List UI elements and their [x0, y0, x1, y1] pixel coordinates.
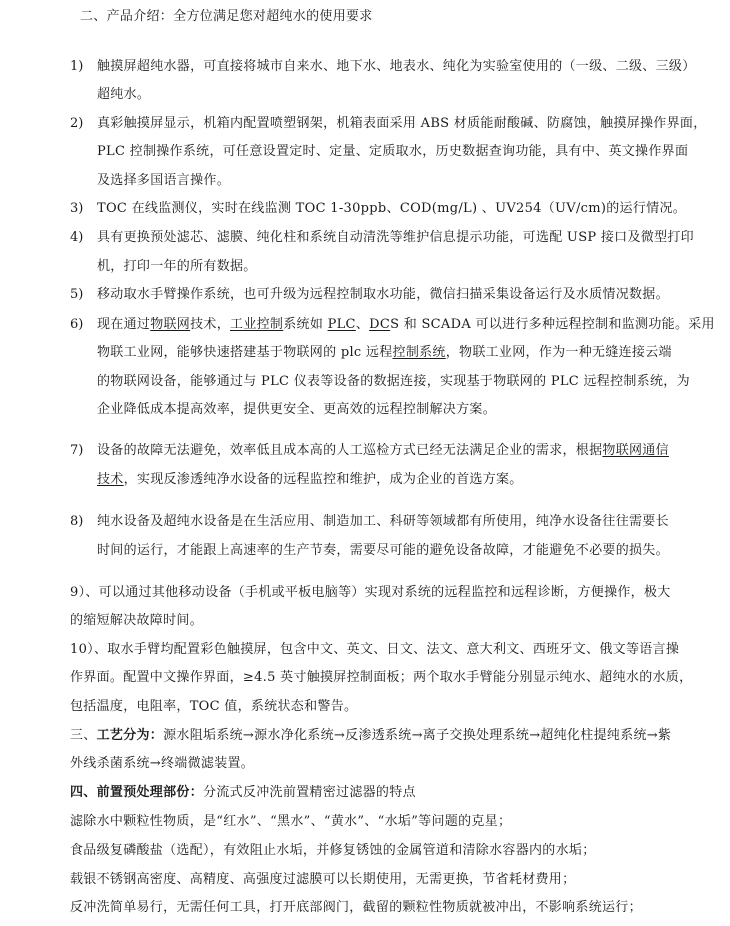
item2-line3: 及选择多国语言操作。 — [97, 173, 230, 189]
section3-prefix: 三、 — [70, 728, 97, 743]
link-iot[interactable]: 物联网 — [150, 317, 190, 332]
item8-line1: 纯水设备及超纯水设备是在生活应用、制造加工、科研等领域都有所使用，纯净水设备往往… — [97, 514, 669, 530]
item4-line1: 具有更换预处滤芯、滤膜、纯化柱和系统自动清洗等维护信息提示功能，可选配 USP … — [97, 230, 694, 246]
text: ，实现反渗透纯净水设备的远程监控和维护，成为企业的首选方案。 — [124, 472, 523, 487]
section2-title: 二、产品介绍：全方位满足您对超纯水的使用要求 — [80, 9, 373, 25]
item6-line4: 企业降低成本提高效率，提供更安全、更高效的远程控制解决方案。 — [97, 402, 496, 418]
item1-line2: 超纯水。 — [97, 87, 150, 103]
link-technology[interactable]: 技术 — [97, 472, 124, 487]
item6-line2: 物联工业网，能够快速搭建基于物联网的 plc 远程控制系统，物联工业网，作为一种… — [97, 345, 672, 361]
text: S 和 SCADA 可以进行多种远程控制和监测功能。采用 — [390, 317, 715, 332]
item2-line2: PLC 控制操作系统，可任意设置定时、定量、定质取水，历史数据查询功能，具有中、… — [97, 144, 688, 160]
item5-line1: 移动取水手臂操作系统，也可升级为远程控制取水功能，微信扫描采集设备运行及水质情况… — [97, 287, 669, 303]
item4-line2: 机，打印一年的所有数据。 — [97, 259, 257, 275]
section4-heading: 四、前置预处理部份： — [70, 785, 203, 800]
link-control-system[interactable]: 控制系统 — [393, 345, 446, 360]
item-number: 1) — [70, 59, 83, 75]
feature-bullet: 反冲洗简单易行，无需任何工具，打开底部阀门，截留的颗粒性物质就被冲出，不影响系统… — [70, 900, 642, 916]
text: 现在通过 — [97, 317, 150, 332]
text: ，物联工业网，作为一种无缝连接云端 — [446, 345, 672, 360]
item2-line1: 真彩触摸屏显示，机箱内配置喷塑钢架，机箱表面采用 ABS 材质能耐酸碱、防腐蚀，… — [97, 116, 707, 132]
item6-line1: 现在通过物联网技术，工业控制系统如 PLC、DCS 和 SCADA 可以进行多种… — [97, 317, 715, 333]
text: 、 — [356, 317, 369, 332]
item9-line2: 的缩短解决故障时间。 — [70, 613, 203, 629]
item7-line2: 技术，实现反渗透纯净水设备的远程监控和维护，成为企业的首选方案。 — [97, 472, 523, 488]
item-number: 5) — [70, 287, 83, 303]
text: 技术， — [190, 317, 230, 332]
item6-line3: 的物联网设备，能够通过与 PLC 仪表等设备的数据连接，实现基于物联网的 PLC… — [97, 374, 690, 390]
item-number: 4) — [70, 230, 83, 246]
text: 物联工业网，能够快速搭建基于物联网的 plc 远程 — [97, 345, 393, 360]
section3-line2: 外线杀菌系统→终端微滤装置。 — [70, 756, 254, 772]
text: 设备的故障无法避免，效率低且成本高的人工巡检方式已经无法满足企业的需求，根据 — [97, 443, 602, 458]
section3-line1: 三、工艺分为：源水阻垢系统→源水净化系统→反渗透系统→离子交换处理系统→超纯化柱… — [70, 728, 671, 744]
link-plc[interactable]: PLC — [328, 317, 356, 332]
item8-line2: 时间的运行，才能跟上高速率的生产节奏，需要尽可能的避免设备故障，才能避免不必要的… — [97, 543, 669, 559]
item1-line1: 触摸屏超纯水器，可直接将城市自来水、地下水、地表水、纯化为实验室使用的（一级、二… — [97, 59, 696, 75]
feature-bullet: 载银不锈钢高密度、高精度、高强度过滤膜可以长期使用，无需更换，节省耗材费用； — [70, 872, 575, 888]
section3-heading: 工艺分为： — [97, 728, 164, 743]
item10-line3: 包括温度，电阻率，TOC 值，系统状态和警告。 — [70, 699, 357, 715]
item7-line1: 设备的故障无法避免，效率低且成本高的人工巡检方式已经无法满足企业的需求，根据物联… — [97, 443, 669, 459]
item-number: 6) — [70, 317, 83, 333]
section4-subtitle: 分流式反冲洗前置精密过滤器的特点 — [203, 785, 416, 800]
section3-text: 源水阻垢系统→源水净化系统→反渗透系统→离子交换处理系统→超纯化柱提纯系统→紫 — [163, 728, 671, 743]
text: 系统如 — [283, 317, 327, 332]
item9-line1: 9）、可以通过其他移动设备（手机或平板电脑等）实现对系统的远程监控和远程诊断，方… — [70, 585, 671, 601]
item-number: 2) — [70, 116, 83, 132]
item-number: 8) — [70, 514, 83, 530]
link-industrial-control[interactable]: 工业控制 — [230, 317, 283, 332]
feature-bullet: 食品级复磷酸盐（选配），有效阻止水垢，并修复锈蚀的金属管道和清除水容器内的水垢； — [70, 843, 596, 859]
link-iot-communication[interactable]: 物联网通信 — [602, 443, 669, 458]
section4-heading-line: 四、前置预处理部份：分流式反冲洗前置精密过滤器的特点 — [70, 785, 416, 801]
item10-line1: 10）、取水手臂均配置彩色触摸屏，包含中文、英文、日文、法文、意大利文、西班牙文… — [70, 642, 679, 658]
item3-line1: TOC 在线监测仪，实时在线监测 TOC 1-30ppb、COD(mg/L) 、… — [97, 201, 686, 217]
item10-line2: 作界面。配置中文操作界面，≥4.5 英寸触摸屏控制面板；两个取水手臂能分别显示纯… — [70, 670, 692, 686]
item-number: 7) — [70, 443, 83, 459]
link-dcs[interactable]: DC — [369, 317, 390, 332]
item-number: 3) — [70, 201, 83, 217]
feature-bullet: 滤除水中颗粒性物质，是“红水”、“黑水”、“黄水”、“水垢”等问题的克星； — [70, 814, 511, 830]
